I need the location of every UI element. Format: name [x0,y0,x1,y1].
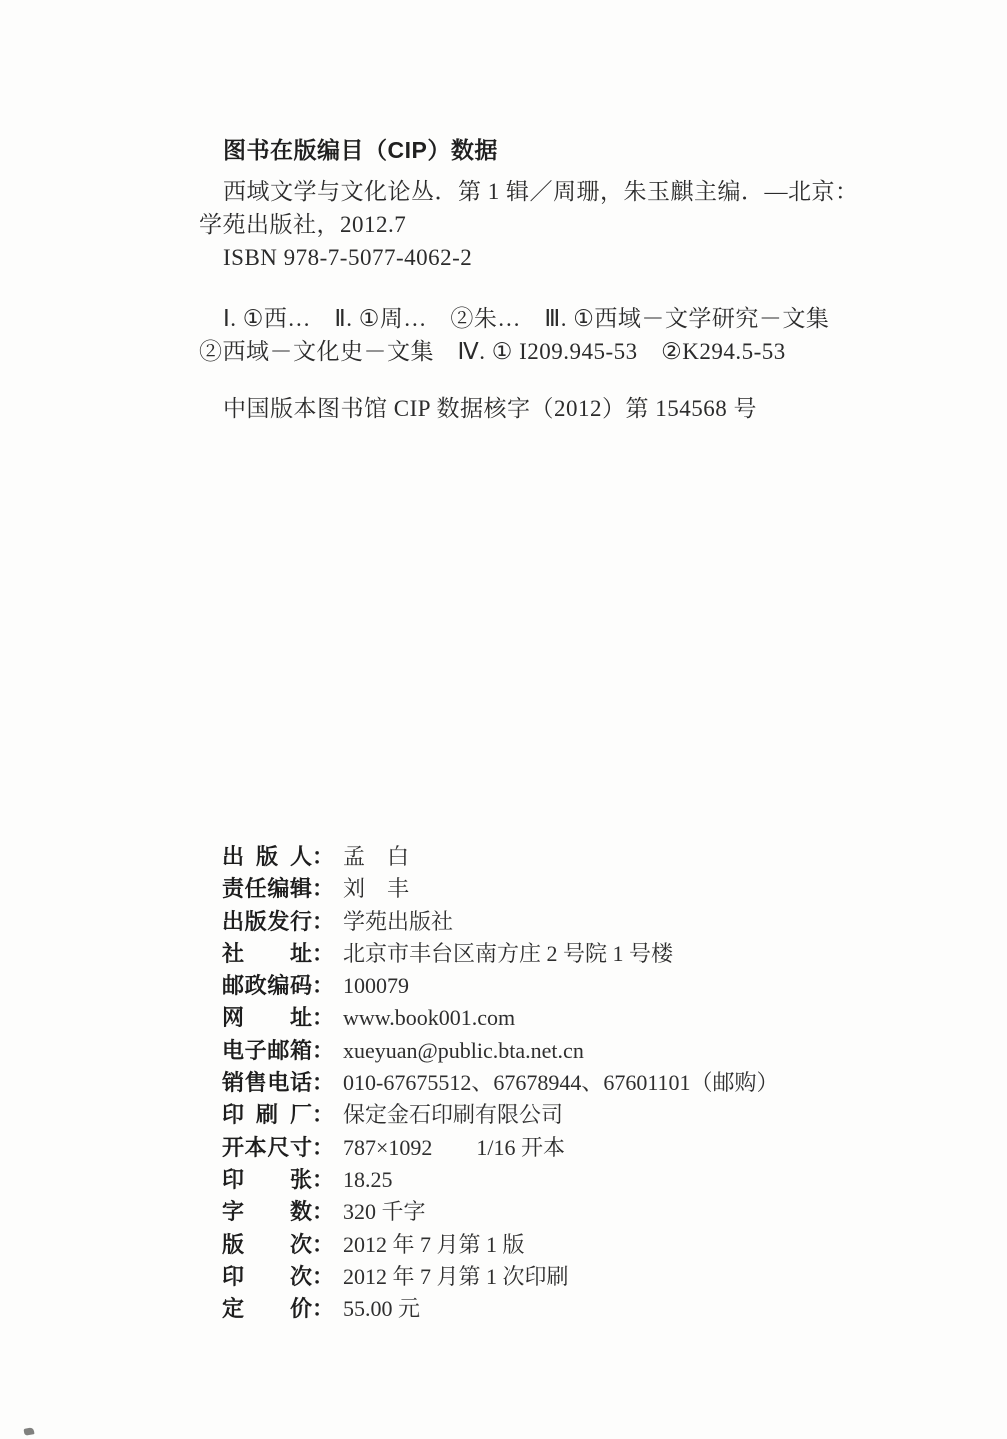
row-label: 责任编辑 [222,873,312,905]
row-label: 出版人 [222,841,312,873]
label-colon: ： [312,1102,334,1127]
row-value: xueyuan@public.bta.net.cn [343,1038,584,1063]
row-value: 010-67675512、67678944、67601101（邮购） [343,1070,779,1095]
colophon-row-edition: 版次：2012 年 7 月第 1 版 [222,1229,922,1261]
row-label: 出版发行 [222,906,312,938]
row-label: 开本尺寸 [222,1132,312,1164]
colophon-row-email: 电子邮箱：xueyuan@public.bta.net.cn [222,1035,922,1067]
row-label: 印刷厂 [222,1099,312,1131]
colophon-row-publishing-house: 出版发行：学苑出版社 [222,906,922,938]
cip-title-line: 西域文学与文化论丛．第 1 辑／周珊，朱玉麒主编．—北京： [223,175,839,208]
label-colon: ： [312,1135,334,1160]
label-colon: ： [312,1264,334,1289]
row-label: 网址 [222,1002,312,1034]
row-value: 2012 年 7 月第 1 版 [343,1232,525,1257]
row-value: 孟 白 [343,844,409,869]
label-colon: ： [312,973,334,998]
colophon-row-sales-phone: 销售电话：010-67675512、67678944、67601101（邮购） [222,1067,922,1099]
label-colon: ： [312,1232,334,1257]
row-value: 学苑出版社 [343,909,453,934]
row-label: 印次 [222,1261,312,1293]
cip-classification-line-1: Ⅰ. ①西… Ⅱ. ①周… ②朱… Ⅲ. ①西域－文学研究－文集 [223,302,839,335]
row-value: www.book001.com [343,1005,515,1030]
colophon-row-publisher-person: 出版人：孟 白 [222,841,922,873]
cip-data-block: 图书在版编目（CIP）数据 西域文学与文化论丛．第 1 辑／周珊，朱玉麒主编．—… [199,134,839,425]
label-colon: ： [312,1005,334,1030]
row-value: 787×1092 1/16 开本 [343,1135,565,1160]
colophon-row-postal-code: 邮政编码：100079 [222,970,922,1002]
colophon-row-format: 开本尺寸：787×1092 1/16 开本 [222,1132,922,1164]
row-label: 印张 [222,1164,312,1196]
colophon-row-address: 社址：北京市丰台区南方庄 2 号院 1 号楼 [222,938,922,970]
row-label: 版次 [222,1229,312,1261]
label-colon: ： [312,909,334,934]
row-value: 18.25 [343,1167,393,1192]
row-value: 100079 [343,973,409,998]
cip-classification-line-2: ②西域－文化史－文集 Ⅳ. ① I209.945-53 ②K294.5-53 [199,335,839,368]
cip-isbn-line: ISBN 978-7-5077-4062-2 [223,241,839,274]
colophon-row-printed-sheets: 印张：18.25 [222,1164,922,1196]
colophon-row-impression: 印次：2012 年 7 月第 1 次印刷 [222,1261,922,1293]
cip-registration-line: 中国版本图书馆 CIP 数据核字（2012）第 154568 号 [223,392,839,425]
row-label: 销售电话 [222,1067,312,1099]
row-value: 320 千字 [343,1199,426,1224]
label-colon: ： [312,844,334,869]
row-label: 邮政编码 [222,970,312,1002]
colophon-row-price: 定价：55.00 元 [222,1293,922,1325]
label-colon: ： [312,1296,334,1321]
label-colon: ： [312,1070,334,1095]
cip-publisher-line: 学苑出版社，2012.7 [199,208,839,241]
row-value: 刘 丰 [343,876,409,901]
book-copyright-page: 图书在版编目（CIP）数据 西域文学与文化论丛．第 1 辑／周珊，朱玉麒主编．—… [0,0,1007,1439]
colophon-block: 出版人：孟 白 责任编辑：刘 丰 出版发行：学苑出版社 社址：北京市丰台区南方庄… [222,841,922,1325]
scan-speck [23,1427,34,1436]
row-label: 定价 [222,1293,312,1325]
row-value: 保定金石印刷有限公司 [343,1102,563,1127]
cip-heading: 图书在版编目（CIP）数据 [223,134,839,167]
row-label: 字数 [222,1196,312,1228]
colophon-row-website: 网址：www.book001.com [222,1002,922,1034]
row-value: 55.00 元 [343,1296,420,1321]
row-value: 北京市丰台区南方庄 2 号院 1 号楼 [343,941,673,966]
label-colon: ： [312,1167,334,1192]
label-colon: ： [312,876,334,901]
row-label: 电子邮箱 [222,1035,312,1067]
row-label: 社址 [222,938,312,970]
label-colon: ： [312,1038,334,1063]
colophon-row-printer: 印刷厂：保定金石印刷有限公司 [222,1099,922,1131]
colophon-row-editor: 责任编辑：刘 丰 [222,873,922,905]
row-value: 2012 年 7 月第 1 次印刷 [343,1264,569,1289]
label-colon: ： [312,941,334,966]
label-colon: ： [312,1199,334,1224]
colophon-row-word-count: 字数：320 千字 [222,1196,922,1228]
